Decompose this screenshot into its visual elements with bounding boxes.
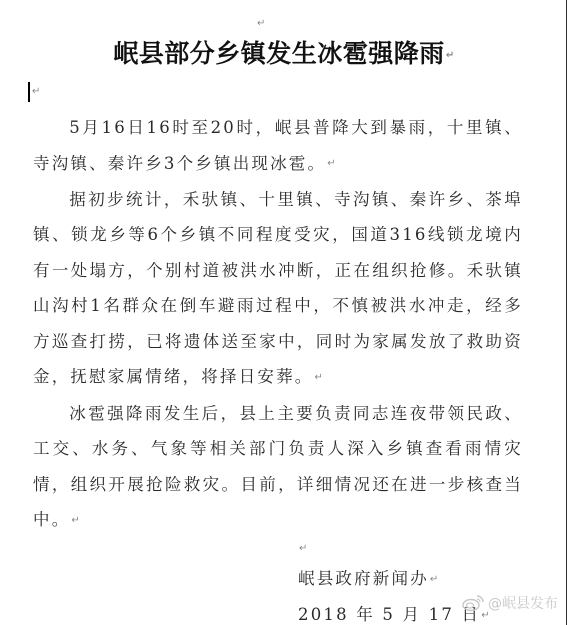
date-text: 2018 年 5 月 17 日 — [298, 605, 480, 624]
paragraph-mark: ↵ — [257, 18, 265, 29]
watermark: @岷县发布 — [462, 593, 558, 613]
paragraph-text: 5月16日16时至20时，岷县普降大到暴雨，十里镇、寺沟镇、秦许乡3个乡镇出现冰… — [33, 118, 523, 173]
paragraph-text: 据初步统计，禾驮镇、十里镇、寺沟镇、秦许乡、茶埠镇、锁龙乡等6个乡镇不同程度受灾… — [33, 190, 523, 387]
paragraph-1: 5月16日16时至20时，岷县普降大到暴雨，十里镇、寺沟镇、秦许乡3个乡镇出现冰… — [33, 110, 523, 182]
text-cursor — [28, 82, 30, 102]
page-edge — [566, 0, 567, 625]
paragraph-mark: ↵ — [315, 372, 326, 383]
paragraph-mark: ↵ — [71, 515, 82, 526]
issuer-text: 岷县政府新闻办 — [298, 569, 429, 588]
signature-issuer: 岷县政府新闻办↵ — [298, 561, 492, 597]
blank-line: ↵ — [298, 535, 492, 561]
paragraph-mark: ↵ — [32, 86, 40, 97]
paragraph-mark: ↵ — [446, 50, 455, 61]
paragraph-mark: ↵ — [299, 543, 310, 554]
watermark-text: @岷县发布 — [488, 593, 558, 613]
weibo-icon — [462, 594, 484, 612]
document-body[interactable]: 5月16日16时至20时，岷县普降大到暴雨，十里镇、寺沟镇、秦许乡3个乡镇出现冰… — [33, 110, 523, 538]
paragraph-mark: ↵ — [430, 574, 441, 585]
paragraph-3: 冰雹强降雨发生后，县上主要负责同志连夜带领民政、工交、水务、气象等相关部门负责人… — [33, 396, 523, 539]
document-title: 岷县部分乡镇发生冰雹强降雨↵ — [0, 34, 568, 70]
paragraph-mark: ↵ — [327, 158, 338, 169]
paragraph-2: 据初步统计，禾驮镇、十里镇、寺沟镇、秦许乡、茶埠镇、锁龙乡等6个乡镇不同程度受灾… — [33, 182, 523, 396]
paragraph-text: 冰雹强降雨发生后，县上主要负责同志连夜带领民政、工交、水务、气象等相关部门负责人… — [33, 404, 523, 530]
title-text: 岷县部分乡镇发生冰雹强降雨 — [113, 39, 445, 68]
